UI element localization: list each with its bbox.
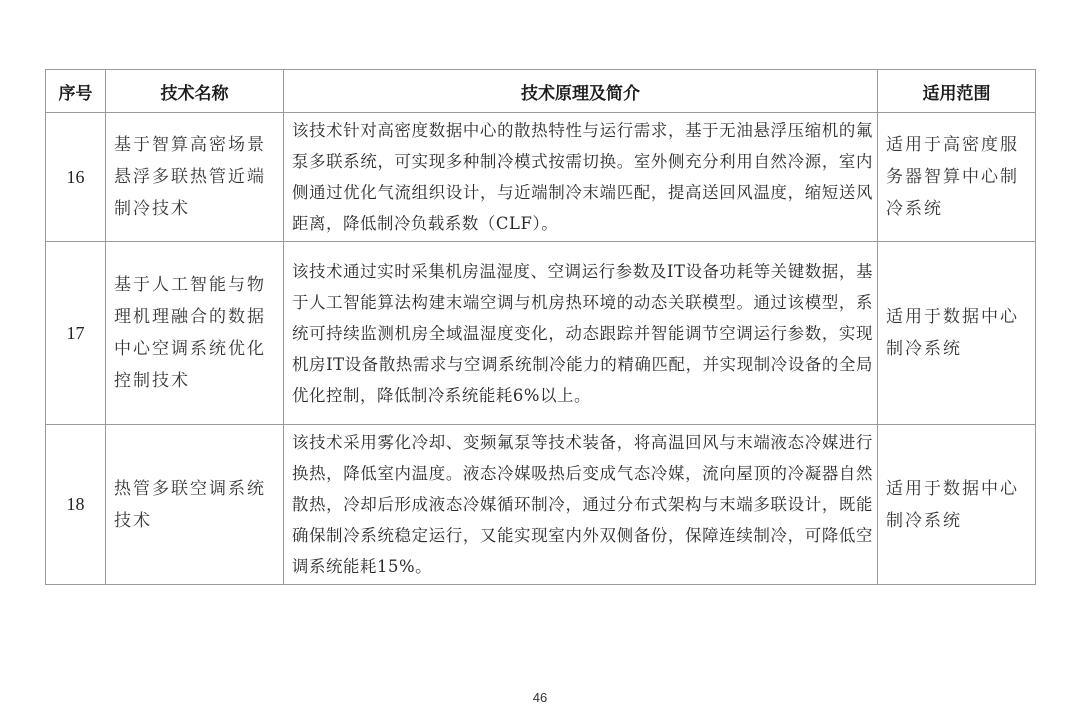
table-row: 18 热管多联空调系统技术 该技术采用雾化冷却、变频氟泵等技术装备，将高温回风与… [46,425,1036,585]
row-desc: 该技术针对高密度数据中心的散热特性与运行需求，基于无油悬浮压缩机的氟泵多联系统，… [284,113,878,242]
table-row: 17 基于人工智能与物理机理融合的数据中心空调系统优化控制技术 该技术通过实时采… [46,242,1036,425]
row-num: 18 [46,425,106,585]
row-desc: 该技术通过实时采集机房温湿度、空调运行参数及IT设备功耗等关键数据，基于人工智能… [284,242,878,425]
row-name: 基于智算高密场景悬浮多联热管近端制冷技术 [106,113,284,242]
header-num: 序号 [46,70,106,113]
header-name: 技术名称 [106,70,284,113]
technology-table: 序号 技术名称 技术原理及简介 适用范围 16 基于智算高密场景悬浮多联热管近端… [45,69,1036,585]
row-name: 热管多联空调系统技术 [106,425,284,585]
table-row: 16 基于智算高密场景悬浮多联热管近端制冷技术 该技术针对高密度数据中心的散热特… [46,113,1036,242]
row-scope: 适用于数据中心制冷系统 [878,425,1036,585]
row-scope: 适用于数据中心制冷系统 [878,242,1036,425]
table-header-row: 序号 技术名称 技术原理及简介 适用范围 [46,70,1036,113]
header-scope: 适用范围 [878,70,1036,113]
row-num: 17 [46,242,106,425]
row-scope: 适用于高密度服务器智算中心制冷系统 [878,113,1036,242]
row-num: 16 [46,113,106,242]
header-desc: 技术原理及简介 [284,70,878,113]
row-name: 基于人工智能与物理机理融合的数据中心空调系统优化控制技术 [106,242,284,425]
page-number: 46 [0,690,1080,705]
row-desc: 该技术采用雾化冷却、变频氟泵等技术装备，将高温回风与末端液态冷媒进行换热，降低室… [284,425,878,585]
